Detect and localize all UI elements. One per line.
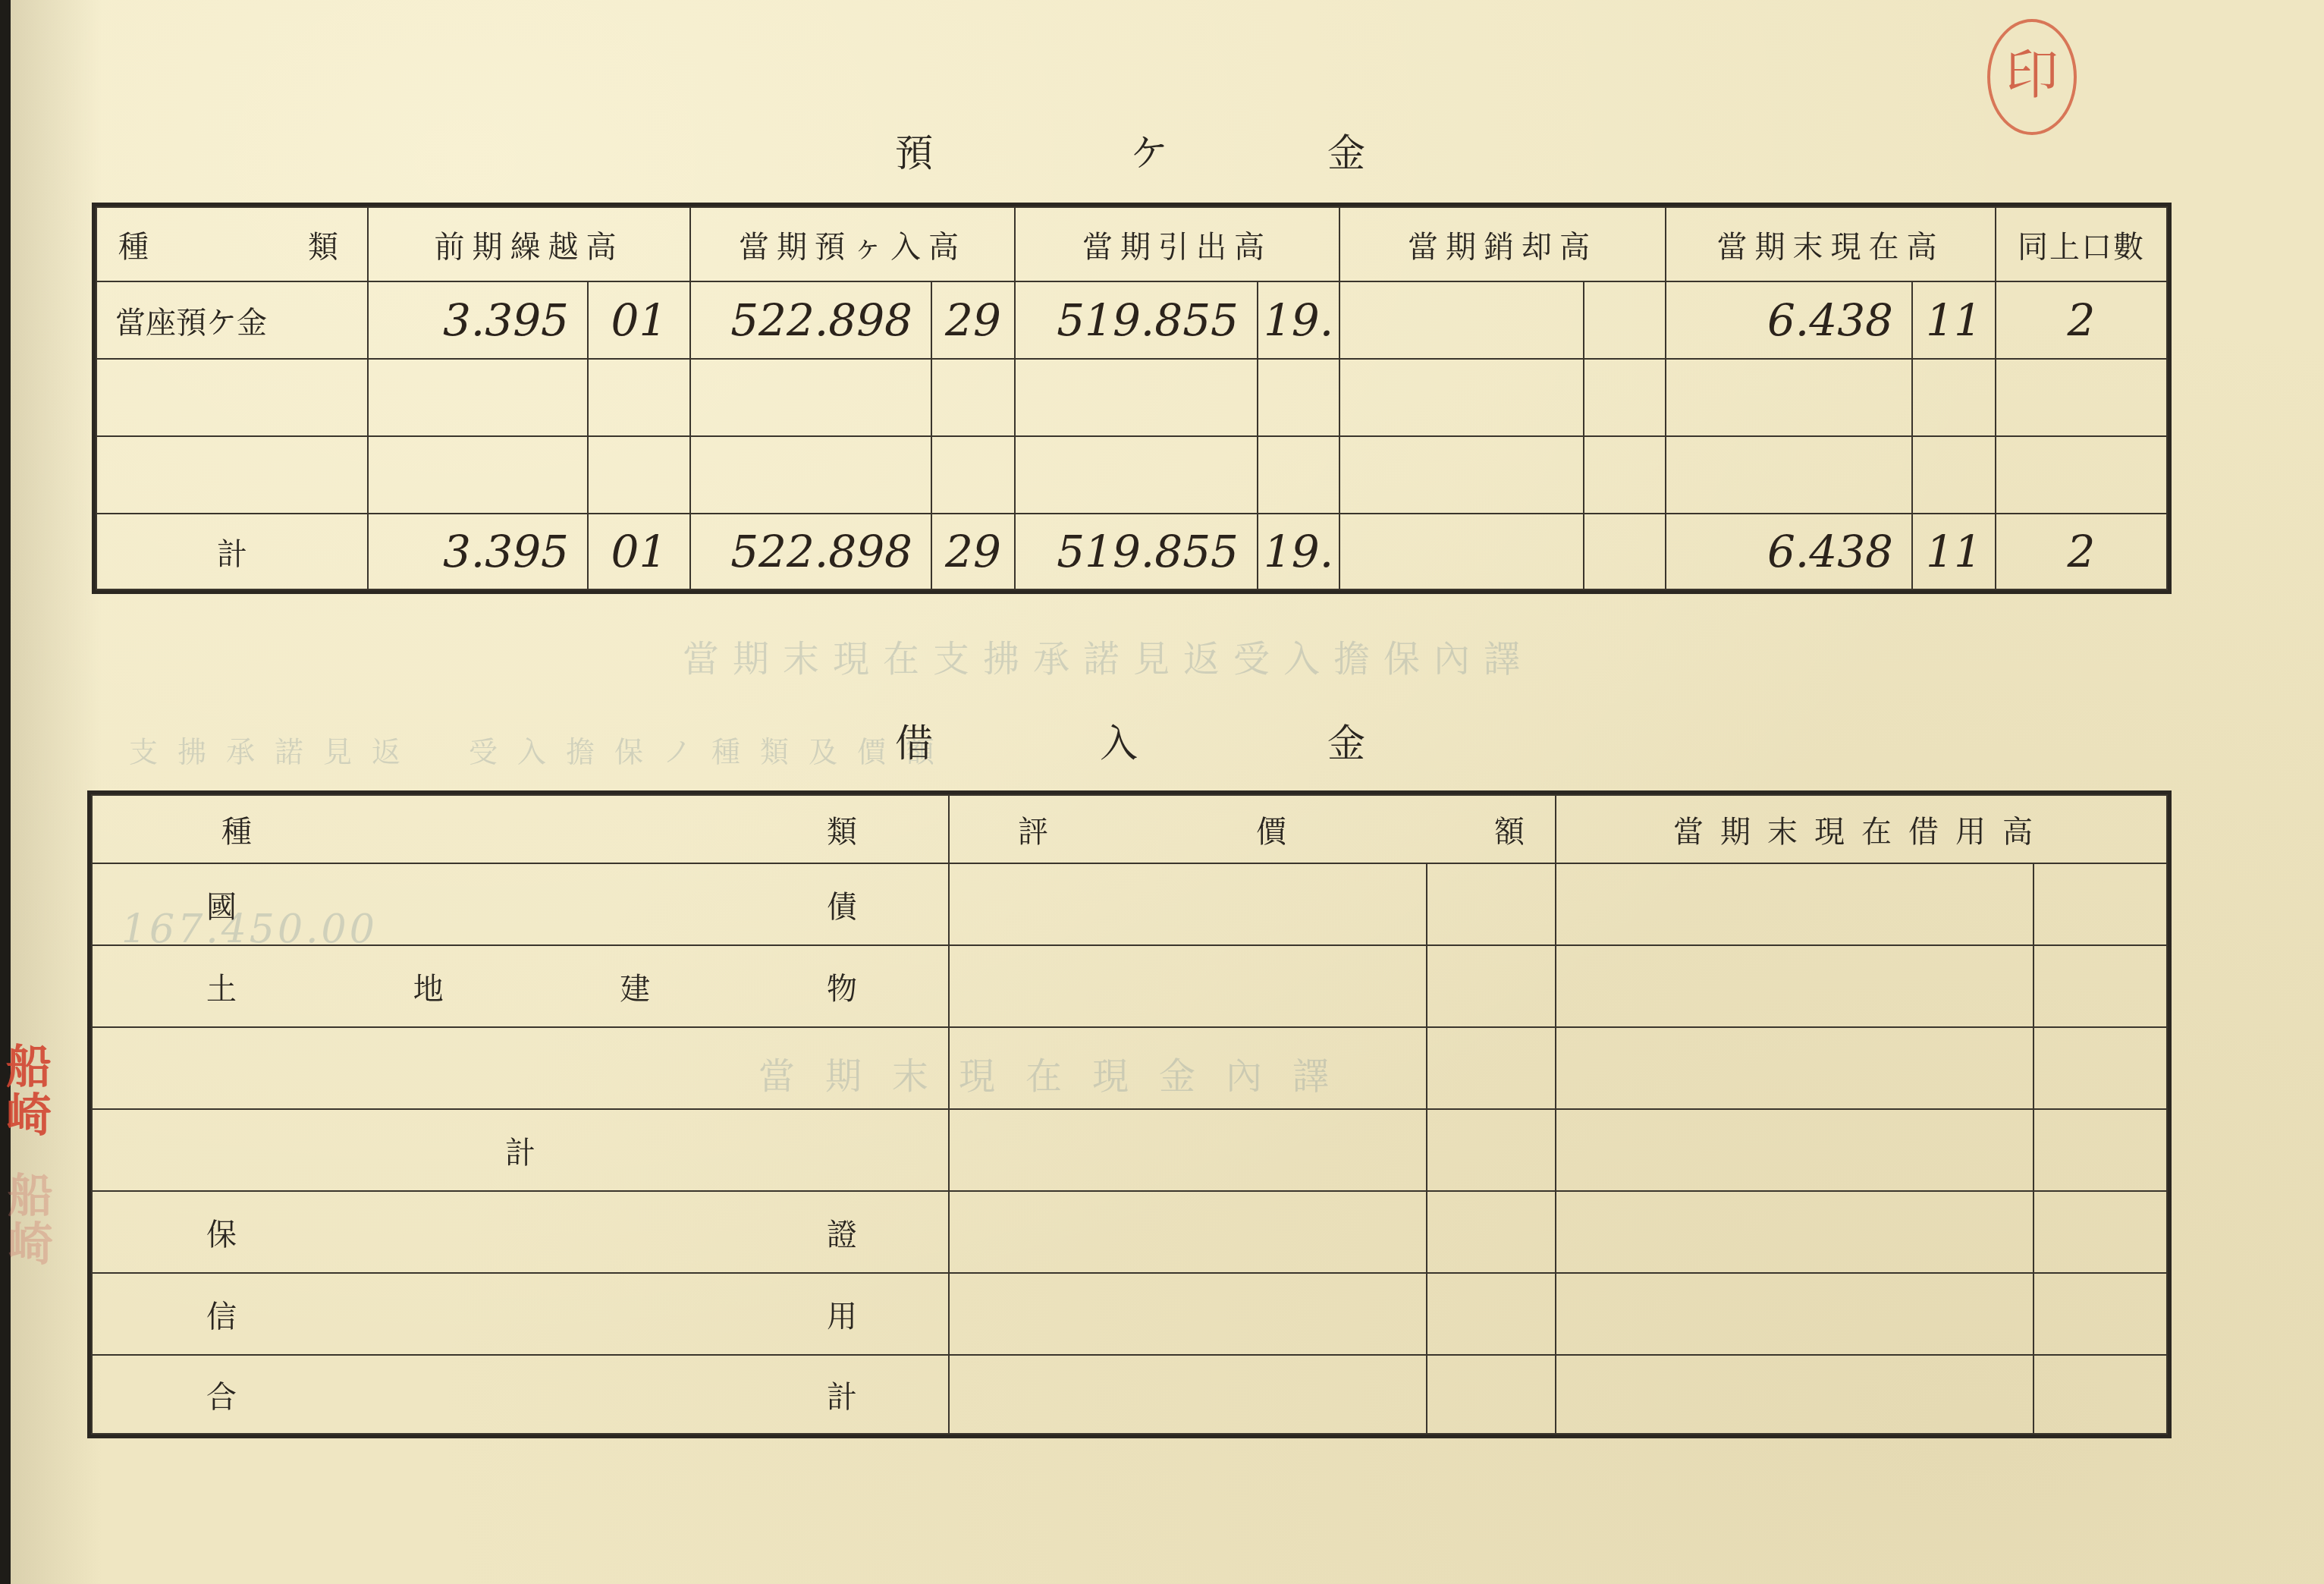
header-closing-balance: 當期末現在高 [1666,207,1996,281]
total-closing-balance-sen: 11 [1912,514,1996,589]
header-collateral-left: 評 [1018,808,1048,851]
borrowings-table: 種 類 評 價 額 當期末現在借用高 國 債 土 地 建 [91,794,2168,1435]
cell [1427,863,1556,945]
cell [1556,1027,2033,1109]
cell [931,359,1015,436]
row-label [96,436,368,514]
total-amortized-yen [1339,514,1584,589]
row-label: 土 地 建 物 [92,945,949,1027]
row-label: 當座預ケ金 [96,281,368,359]
total-withdrawn-yen: 519.855 [1015,514,1258,589]
borrowings-header-row: 種 類 評 價 額 當期末現在借用高 [92,795,2167,863]
label-char: 合 [206,1373,237,1416]
label-char: 用 [827,1293,857,1336]
cell [1427,1109,1556,1191]
title-char: 預 [895,123,933,178]
carried-forward-yen: 3.395 [368,281,588,359]
cell [1427,945,1556,1027]
deposited-yen: 522.898 [690,281,931,359]
cell [949,863,1427,945]
deposits-header-row: 種 類 前期繰越高 當期預ヶ入高 當期引出高 當期銷却高 當期末現在高 同上口數 [96,207,2167,281]
row-label: 合 計 [92,1355,949,1434]
label-char: 建 [620,965,650,1008]
withdrawn-sen: 19. [1258,281,1339,359]
title-char: 借 [895,713,933,768]
label-char: 土 [206,965,237,1008]
cell [1556,1191,2033,1273]
header-withdrawn: 當期引出高 [1015,207,1339,281]
header-amortized: 當期銷却高 [1339,207,1666,281]
cell [1996,436,2167,514]
cell [1584,436,1666,514]
cell [1912,359,1996,436]
header-collateral-mid: 價 [1256,808,1286,851]
cell [2033,945,2167,1027]
total-carried-forward-yen: 3.395 [368,514,588,589]
red-name-seal-icon: 船崎 [6,1043,59,1140]
cell [1556,1273,2033,1355]
cell [2033,863,2167,945]
header-collateral-right: 額 [1494,808,1525,851]
cell [2033,1273,2167,1355]
header-type-right: 類 [827,808,857,851]
total-accounts-count: 2 [1996,514,2167,589]
cell [1015,359,1258,436]
label-char: 信 [206,1293,237,1336]
borrowing-row-government-bonds: 國 債 [92,863,2167,945]
faded-name-seal-icon: 船崎 [8,1172,61,1269]
cell [1427,1355,1556,1434]
cell [1556,863,2033,945]
label-char: 物 [827,965,857,1008]
cell [2033,1191,2167,1273]
header-deposited: 當期預ヶ入高 [690,207,1015,281]
cell [1584,359,1666,436]
cell [949,1355,1427,1434]
cell [690,436,931,514]
cell [2033,1027,2167,1109]
deposits-table: 種 類 前期繰越高 當期預ヶ入高 當期引出高 當期銷却高 當期末現在高 同上口數… [96,206,2168,590]
cell [588,359,690,436]
borrowing-row-credit: 信 用 [92,1273,2167,1355]
scan-edge [0,0,11,1584]
cell [949,945,1427,1027]
deposit-row [96,359,2167,436]
total-amortized-sen [1584,514,1666,589]
accounts-count: 2 [1996,281,2167,359]
header-accounts: 同上口數 [1996,207,2167,281]
red-seal-stamp-icon: 印 [1987,19,2077,135]
cell [949,1273,1427,1355]
bleed-through-heading-1: 當期末現在支拂承諾見返受入擔保內譯 [683,630,1534,682]
closing-balance-sen: 11 [1912,281,1996,359]
cell [949,1109,1427,1191]
borrowing-row-grand-total: 合 計 [92,1355,2167,1434]
row-label: 計 [92,1109,949,1191]
bleed-through-heading-3: 支拂承諾見返 受入擔保ノ種類及價額 [129,728,954,770]
title-char: 金 [1327,123,1365,178]
label-char: 計 [827,1373,857,1416]
borrowing-row-blank [92,1027,2167,1109]
amortized-yen [1339,281,1584,359]
closing-balance-yen: 6.438 [1666,281,1912,359]
label-char: 國 [206,883,237,926]
cell [1996,359,2167,436]
title-char: 入 [1100,713,1138,768]
cell [1015,436,1258,514]
cell [1339,359,1584,436]
cell [931,436,1015,514]
total-label: 計 [96,514,368,589]
cell [588,436,690,514]
title-char: 金 [1327,713,1365,768]
total-carried-forward-sen: 01 [588,514,690,589]
cell [690,359,931,436]
cell [1258,436,1339,514]
withdrawn-yen: 519.855 [1015,281,1258,359]
carried-forward-sen: 01 [588,281,690,359]
borrowing-row-land-buildings: 土 地 建 物 [92,945,2167,1027]
cell [1666,436,1912,514]
header-closing-borrowed: 當期末現在借用高 [1556,795,2167,863]
label-char: 證 [827,1211,857,1254]
label-char: 地 [413,965,444,1008]
borrowing-row-subtotal: 計 [92,1109,2167,1191]
total-deposited-yen: 522.898 [690,514,931,589]
cell [1556,1109,2033,1191]
label-char: 債 [827,883,857,926]
paper-fold-shadow [11,0,102,1584]
cell [1666,359,1912,436]
cell [368,436,588,514]
deposit-row [96,436,2167,514]
cell [1556,945,2033,1027]
cell [1427,1027,1556,1109]
cell [949,1191,1427,1273]
cell [368,359,588,436]
row-label: 國 債 [92,863,949,945]
total-withdrawn-sen: 19. [1258,514,1339,589]
title-char: ケ [1130,123,1168,178]
deposit-row: 當座預ケ金 3.395 01 522.898 29 519.855 19. 6.… [96,281,2167,359]
amortized-sen [1584,281,1666,359]
cell [1912,436,1996,514]
borrowing-row-guaranteed: 保 證 [92,1191,2167,1273]
label-char: 保 [206,1211,237,1254]
total-deposited-sen: 29 [931,514,1015,589]
row-label [92,1027,949,1109]
cell [1258,359,1339,436]
row-label: 信 用 [92,1273,949,1355]
header-type: 種 類 [92,795,949,863]
header-carried-forward: 前期繰越高 [368,207,690,281]
header-collateral-value: 評 價 額 [949,795,1556,863]
deposits-title: 預 ケ 金 [895,123,1426,168]
cell [949,1027,1427,1109]
cell [1339,436,1584,514]
cell [2033,1355,2167,1434]
header-type: 種 類 [96,207,368,281]
cell [1556,1355,2033,1434]
total-closing-balance-yen: 6.438 [1666,514,1912,589]
row-label: 保 證 [92,1191,949,1273]
row-label [96,359,368,436]
deposited-sen: 29 [931,281,1015,359]
borrowings-title: 借 入 金 [895,713,1426,759]
cell [1427,1273,1556,1355]
deposit-total-row: 計 3.395 01 522.898 29 519.855 19. 6.438 … [96,514,2167,589]
cell [1427,1191,1556,1273]
cell [2033,1109,2167,1191]
header-type-left: 種 [221,808,252,851]
